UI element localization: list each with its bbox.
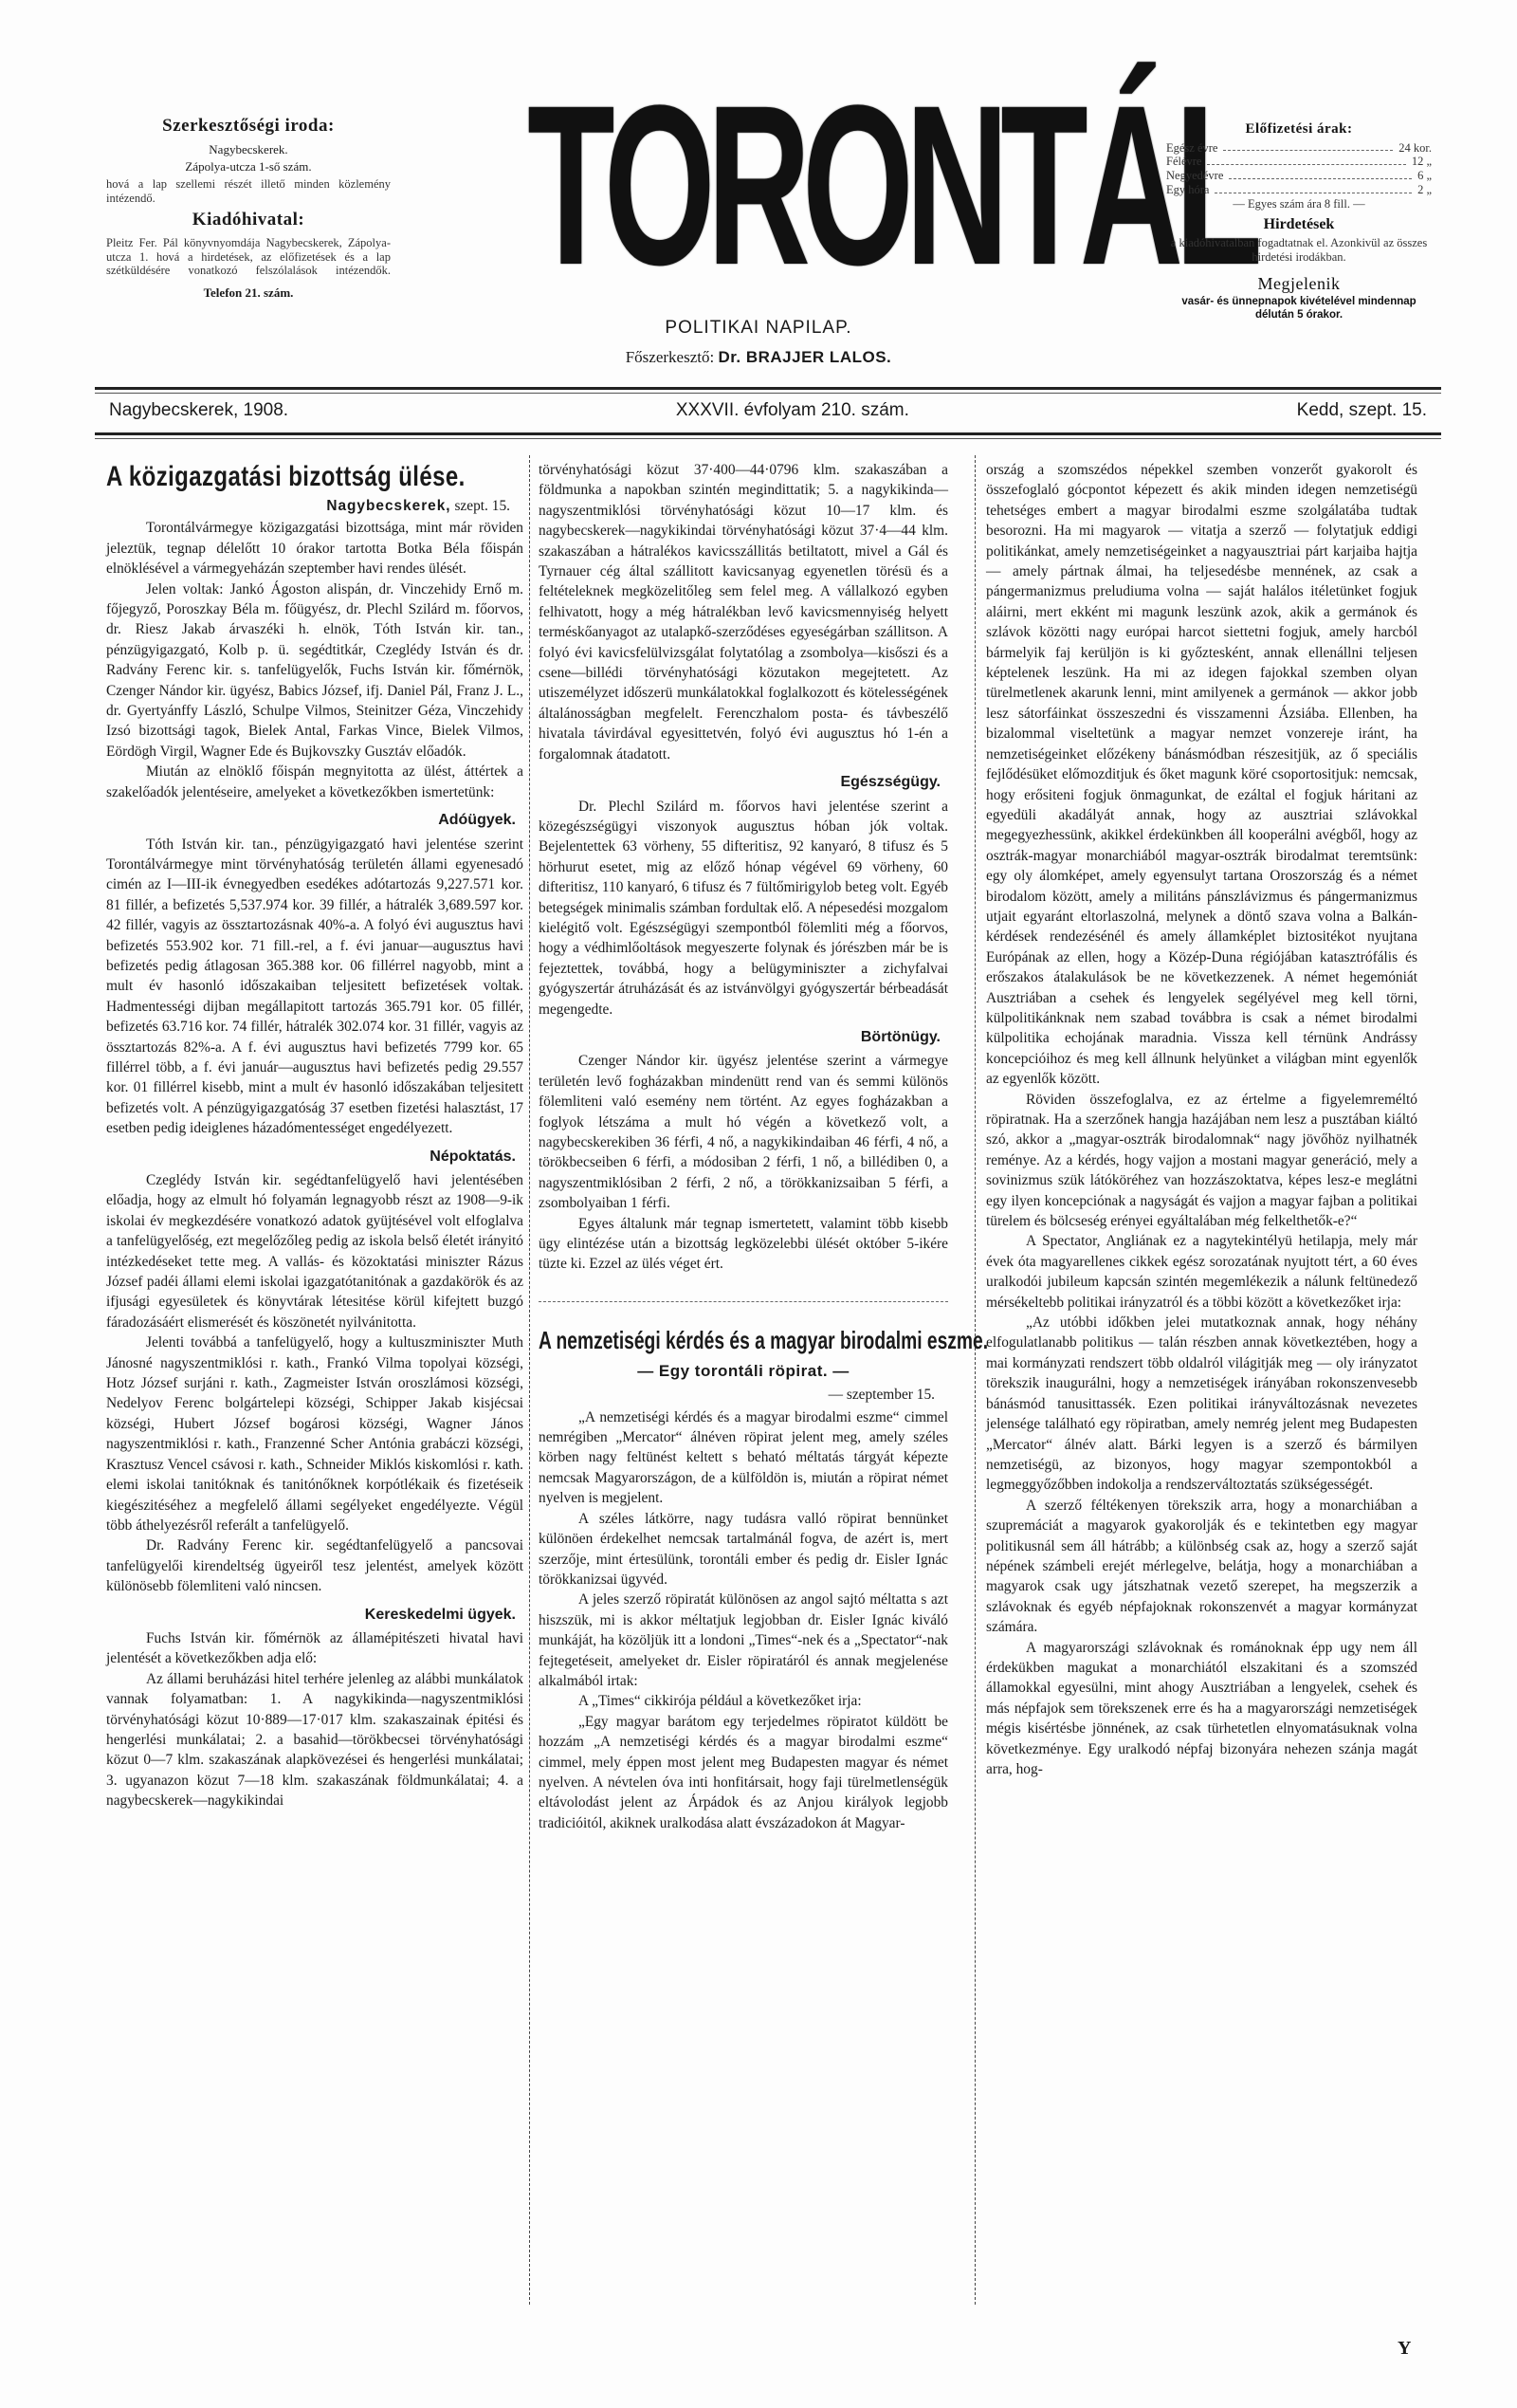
paragraph: Jelenti továbbá a tanfelügyelő, hogy a k… (106, 1333, 523, 1535)
paragraph: A Spectator, Angliának ez a nagytekintél… (986, 1231, 1417, 1313)
ads-heading: Hirdetések (1166, 216, 1432, 234)
office-street: Zápolya-utcza 1-ső szám. (106, 159, 391, 174)
article-headline: A nemzetiségi kérdés és a magyar birodal… (539, 1325, 842, 1355)
paragraph: A magyarországi szlávoknak és románoknak… (986, 1638, 1417, 1780)
paragraph: „Egy magyar barátom egy terjedelmes röpi… (539, 1712, 948, 1833)
column-1: A közigazgatási bizottság ülése. Nagybec… (106, 460, 523, 1811)
paragraph: ország a szomszédos népekkel szemben von… (986, 460, 1417, 1090)
section-heading: Kereskedelmi ügyek. (106, 1605, 516, 1625)
newspaper-subtitle: POLITIKAI NAPILAP. (512, 318, 1005, 339)
paragraph: „Az utóbbi időkben jelei mutatkoznak ann… (986, 1313, 1417, 1496)
paragraph: A szerző féltékenyen törekszik arra, hog… (986, 1496, 1417, 1638)
appears-note: vasár- és ünnepnapok kivételével mindenn… (1166, 296, 1432, 322)
price-row: Félévre12 „ (1166, 155, 1432, 169)
paragraph: Dr. Plechl Szilárd m. főorvos havi jelen… (539, 797, 948, 1020)
price-label: Negyedévre (1166, 169, 1223, 183)
phone-number: Telefon 21. szám. (106, 285, 391, 300)
article-dateline: — szeptember 15. (539, 1385, 935, 1405)
paragraph: A jeles szerző röpiratát különösen az an… (539, 1590, 948, 1691)
newspaper-page: Szerkesztőségi iroda: Nagybecskerek. Záp… (0, 0, 1517, 2408)
appears-heading: Megjelenik (1166, 274, 1432, 294)
office-heading: Szerkesztőségi iroda: (106, 116, 391, 137)
paragraph: „A nemzetiségi kérdés és a magyar biroda… (539, 1407, 948, 1509)
paragraph: Czenger Nándor kir. ügyész jelentése sze… (539, 1051, 948, 1213)
price-row: Egy hóra2 „ (1166, 183, 1432, 197)
column-divider (975, 455, 976, 2305)
section-heading: Egészségügy. (539, 772, 941, 792)
paragraph: Torontálvármegye közigazgatási bizottság… (106, 518, 523, 579)
editor-name: Dr. BRAJJER LALOS. (718, 348, 891, 366)
column-2: törvényhatósági közut 37·400—44·0796 klm… (539, 460, 948, 1833)
issue-date: Kedd, szept. 15. (1297, 400, 1427, 421)
page-mark: Y (1398, 2338, 1411, 2360)
place-year: Nagybecskerek, 1908. (109, 400, 288, 421)
top-rule (95, 387, 1441, 390)
prices-heading: Előfizetési árak: (1166, 121, 1432, 138)
price-value: 12 „ (1412, 155, 1432, 169)
editorial-office-box: Szerkesztőségi iroda: Nagybecskerek. Záp… (106, 112, 391, 301)
top-rule-thin (95, 393, 1441, 394)
paragraph: A „Times“ cikkirója például a következők… (539, 1691, 948, 1711)
price-value: 2 „ (1417, 183, 1432, 197)
dateline-bar: Nagybecskerek, 1908. XXXVII. évfolyam 21… (109, 400, 1427, 421)
subscription-box: Előfizetési árak: Egész évre24 kor. Félé… (1166, 121, 1432, 322)
price-label: Egy hóra (1166, 183, 1209, 197)
paragraph: törvényhatósági közut 37·400—44·0796 klm… (539, 460, 948, 764)
section-heading: Börtönügy. (539, 1027, 941, 1047)
editor-line: Főszerkesztő: Dr. BRAJJER LALOS. (512, 348, 1005, 367)
paragraph: Czeglédy István kir. segédtanfelügyelő h… (106, 1170, 523, 1333)
paragraph: Fuchs István kir. főmérnök az államépité… (106, 1628, 523, 1669)
office-note: hová a lap szellemi részét illető minden… (106, 177, 391, 206)
article-dateline: Nagybecskerek, szept. 15. (106, 496, 510, 516)
dateline-place: Nagybecskerek, (326, 498, 450, 514)
price-value: 24 kor. (1398, 141, 1432, 156)
price-row: Egész évre24 kor. (1166, 141, 1432, 156)
column-divider (529, 455, 530, 2305)
office-city: Nagybecskerek. (106, 142, 391, 156)
article-kicker: — Egy torontáli röpirat. — (539, 1361, 948, 1381)
paragraph: Az állami beruházási hitel terhére jelen… (106, 1669, 523, 1811)
paragraph: Miután az elnöklő főispán megnyitotta az… (106, 762, 523, 802)
publisher-heading: Kiadóhivatal: (106, 210, 391, 230)
price-label: Egész évre (1166, 141, 1217, 156)
editor-label: Főszerkesztő: (626, 348, 714, 366)
ads-note: a kiadóhivatalban fogadtatnak el. Azonki… (1166, 236, 1432, 265)
volume-number: XXXVII. évfolyam 210. szám. (676, 400, 909, 421)
article-headline: A közigazgatási bizottság ülése. (106, 460, 440, 494)
newspaper-title: TORONTÁL (527, 90, 999, 280)
paragraph: Jelen voltak: Jankó Ágoston alispán, dr.… (106, 579, 523, 763)
price-row: Negyedévre6 „ (1166, 169, 1432, 183)
paragraph: Egyes általunk már tegnap ismertetett, v… (539, 1214, 948, 1275)
paragraph: A széles látkörre, nagy tudásra valló rö… (539, 1509, 948, 1590)
dateline-date: szept. 15. (454, 498, 510, 514)
bottom-rule-thin (95, 438, 1441, 439)
price-label: Félévre (1166, 155, 1201, 169)
section-heading: Népoktatás. (106, 1147, 516, 1167)
paragraph: Tóth István kir. tan., pénzügyigazgató h… (106, 835, 523, 1139)
single-copy-price: — Egyes szám ára 8 fill. — (1166, 197, 1432, 211)
bottom-rule (95, 432, 1441, 435)
article-2: A nemzetiségi kérdés és a magyar birodal… (539, 1301, 948, 1833)
paragraph: Röviden összefoglalva, ez az értelme a f… (986, 1090, 1417, 1232)
column-3: ország a szomszédos népekkel szemben von… (986, 460, 1417, 1779)
publisher-note: Pleitz Fer. Pál könyvnyomdája Nagybecske… (106, 236, 391, 278)
paragraph: Dr. Radvány Ferenc kir. segédtanfelügyel… (106, 1535, 523, 1596)
price-value: 6 „ (1417, 169, 1432, 183)
section-heading: Adóügyek. (106, 810, 516, 830)
